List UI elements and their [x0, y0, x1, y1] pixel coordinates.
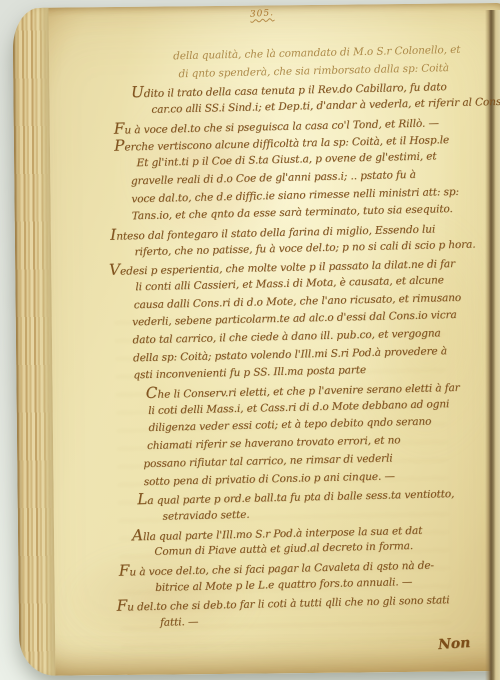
handwritten-text-block: della qualità, che là comandato di M.o S…: [100, 41, 497, 633]
manuscript-photo: 305. della qualità, che là comandato di …: [0, 0, 500, 680]
notary-flourish-signature: Non: [437, 635, 470, 653]
page-fore-edge-stack: [13, 8, 56, 676]
folio-number: 305.: [250, 8, 275, 20]
